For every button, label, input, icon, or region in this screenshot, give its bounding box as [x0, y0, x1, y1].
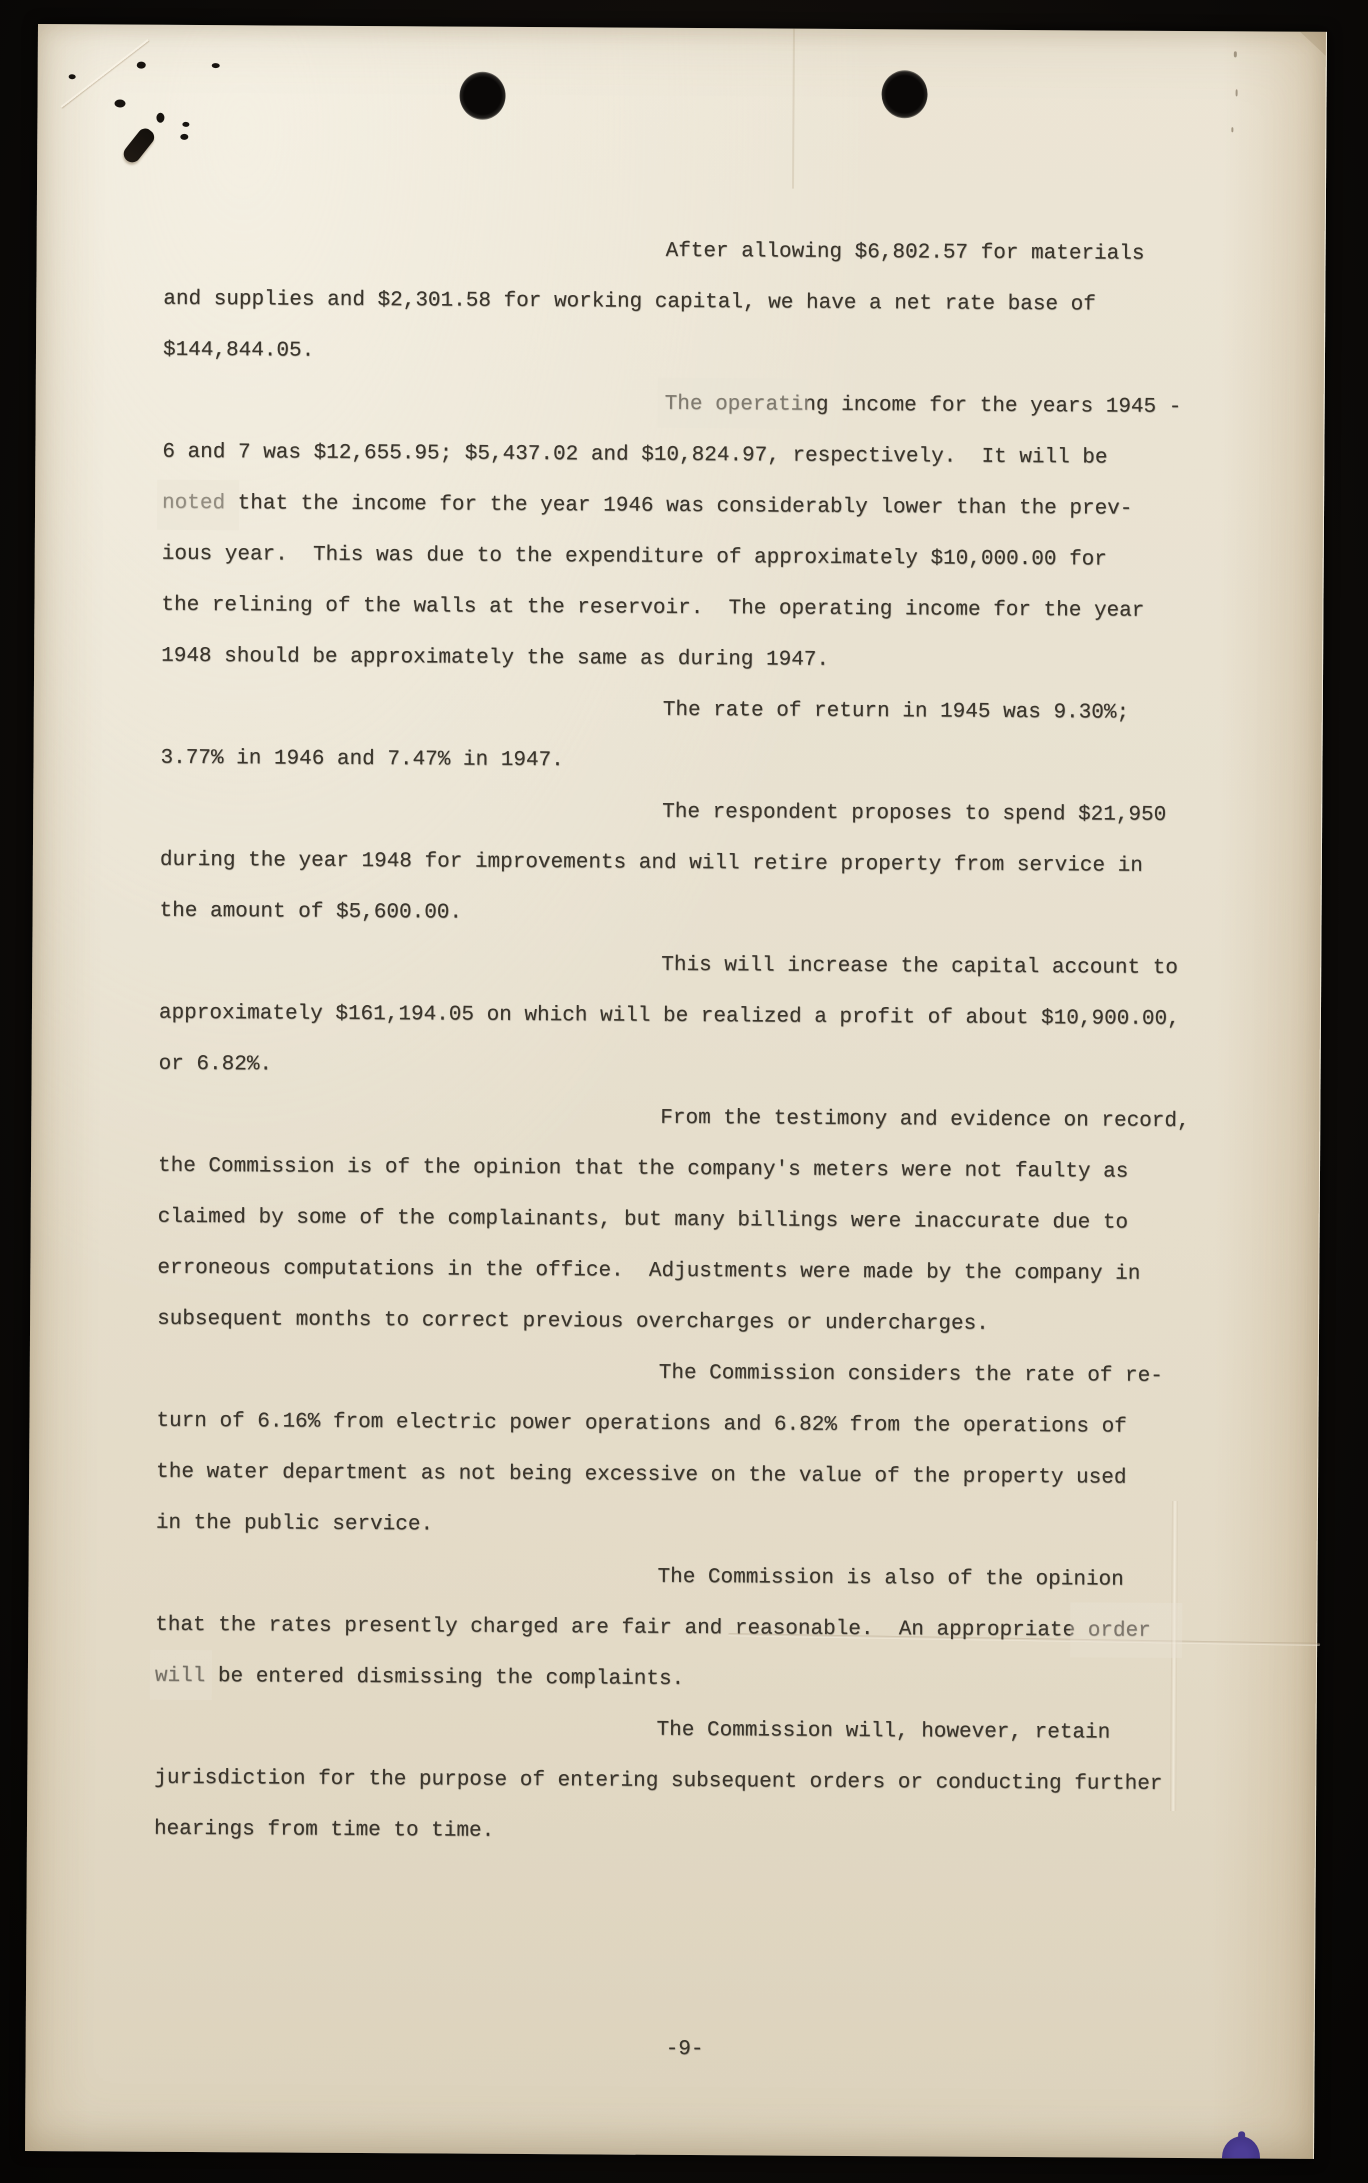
punch-hole-right [881, 70, 927, 118]
text-line: 3.77% in 1946 and 7.47% in 1947. [160, 733, 1290, 791]
ink-dot [212, 63, 220, 68]
corner-fold [1300, 32, 1326, 56]
text-line: From the testimony and evidence on recor… [158, 1090, 1288, 1148]
text-line: ious year. This was due to the expenditu… [162, 529, 1292, 587]
text-line: 1948 should be approximately the same as… [161, 631, 1291, 689]
text-line: noted that the income for the year 1946 … [162, 478, 1292, 536]
text-line: in the public service. [156, 1498, 1286, 1556]
text-line: The respondent proposes to spend $21,950 [160, 784, 1290, 842]
text-line: or 6.82%. [158, 1039, 1288, 1097]
ink-stain [1222, 2136, 1260, 2158]
text-line: and supplies and $2,301.58 for working c… [163, 274, 1293, 332]
text-block: After allowing $6,802.57 for materialsan… [154, 223, 1294, 1862]
text-line: will be entered dismissing the complaint… [155, 1651, 1285, 1709]
text-line: the amount of $5,600.00. [159, 886, 1289, 944]
text-line: $144,844.05. [163, 325, 1293, 383]
text-line: This will increase the capital account t… [159, 937, 1289, 995]
text-line: The Commission considers the rate of re- [157, 1345, 1287, 1403]
ink-dot [69, 74, 76, 79]
text-line: erroneous computations in the office. Ad… [157, 1243, 1287, 1301]
scan-background: After allowing $6,802.57 for materialsan… [0, 0, 1368, 2183]
text-line: The Commission is also of the opinion [155, 1549, 1285, 1607]
ink-marks [38, 24, 1326, 32]
text-line: 6 and 7 was $12,655.95; $5,437.02 and $1… [162, 427, 1292, 485]
document-page: After allowing $6,802.57 for materialsan… [25, 24, 1327, 2159]
text-line: hearings from time to time. [154, 1804, 1284, 1862]
text-line: subsequent months to correct previous ov… [157, 1294, 1287, 1352]
text-line: turn of 6.16% from electric power operat… [156, 1396, 1286, 1454]
text-line: The Commission will, however, retain [154, 1702, 1284, 1760]
crease-line [792, 29, 795, 189]
text-line: that the rates presently charged are fai… [155, 1600, 1285, 1658]
punch-hole-left [459, 72, 505, 120]
paper-speck [1234, 51, 1237, 57]
text-line: The operating income for the years 1945 … [163, 376, 1293, 434]
text-line: After allowing $6,802.57 for materials [163, 223, 1293, 281]
ink-stain-nub [1238, 2131, 1245, 2139]
ink-dot [114, 99, 125, 107]
text-line: during the year 1948 for improvements an… [160, 835, 1290, 893]
text-line: claimed by some of the complainants, but… [158, 1192, 1288, 1250]
paper-speck [1236, 89, 1238, 96]
text-line: The rate of return in 1945 was 9.30%; [161, 682, 1291, 740]
ink-dot [156, 113, 164, 123]
ink-dot [137, 62, 146, 69]
ink-dot [182, 122, 189, 127]
ink-dot [180, 134, 188, 140]
crease-line [61, 39, 149, 108]
ink-smudge [120, 125, 157, 165]
text-line: the water department as not being excess… [156, 1447, 1286, 1505]
text-line: jurisdiction for the purpose of entering… [154, 1753, 1284, 1811]
text-line: the Commission is of the opinion that th… [158, 1141, 1288, 1199]
text-line: approximately $161,194.05 on which will … [159, 988, 1289, 1046]
text-line: the relining of the walls at the reservo… [161, 580, 1291, 638]
page-number: -9- [600, 2037, 770, 2061]
paper-speck [1231, 127, 1233, 132]
